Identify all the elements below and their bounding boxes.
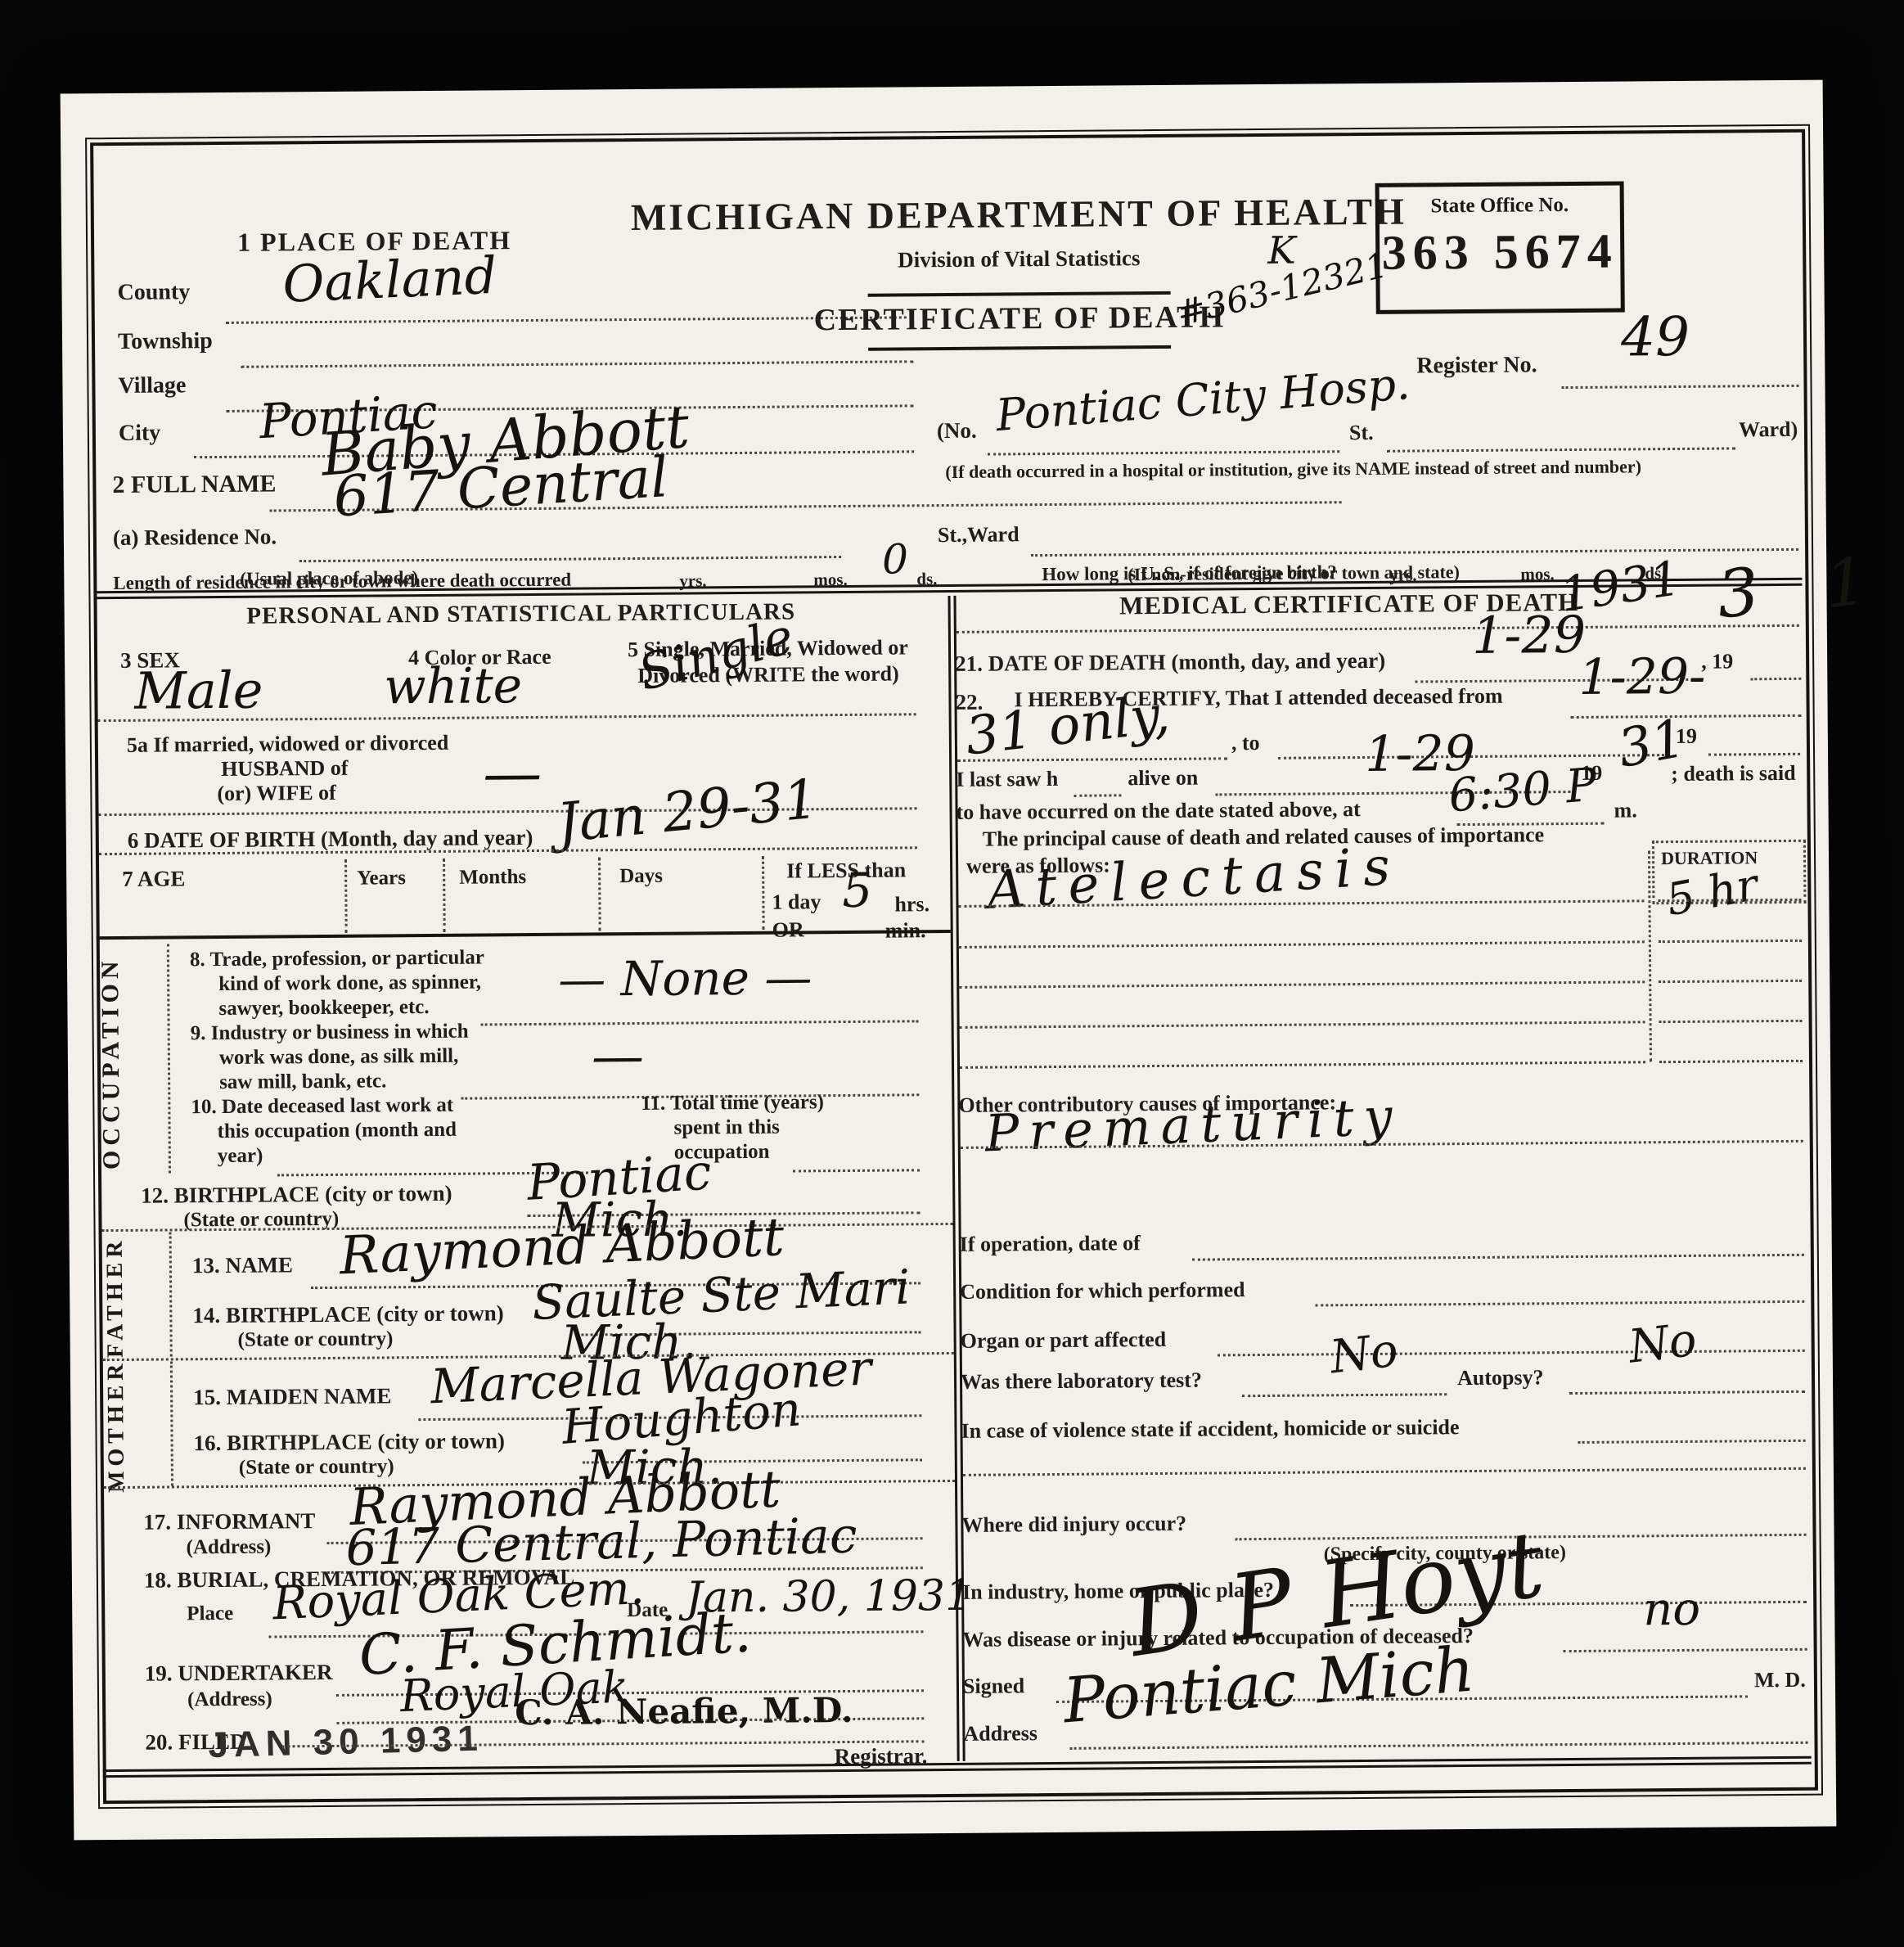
scanned-death-certificate: 1 PLACE OF DEATH County Oakland Township…: [0, 0, 1904, 1947]
check-annotation: K: [1267, 232, 1296, 269]
register-label: Register No.: [1416, 352, 1537, 379]
age-label: 7 AGE: [122, 866, 186, 892]
state-office-number: 363 5674: [1380, 223, 1621, 282]
father-birthplace-sub: (State or country): [238, 1327, 394, 1351]
father-name-label: 13. NAME: [192, 1252, 293, 1278]
occurred-value: 6:30 P: [1447, 763, 1599, 820]
undertaker-address-label: (Address): [187, 1688, 272, 1712]
autopsy-label: Autopsy?: [1457, 1365, 1544, 1390]
race-value: white: [384, 661, 522, 711]
ds-value: 0: [882, 539, 908, 579]
age-months-label: Months: [459, 866, 526, 890]
registrar-signature: C. A. Neafie, M.D.: [515, 1690, 853, 1733]
signed-label: Signed: [963, 1674, 1024, 1699]
address-label: Address: [963, 1721, 1038, 1746]
organ-label: Organ or part affected: [961, 1327, 1167, 1354]
undertaker-label: 19. UNDERTAKER: [145, 1660, 333, 1687]
violence-label: In case of violence state if accident, h…: [961, 1415, 1459, 1444]
father-side-label: FATHER: [102, 1236, 129, 1359]
lastsaw-label-2: alive on: [1128, 766, 1198, 791]
county-value: Oakland: [281, 250, 497, 310]
spouse-value: —: [483, 743, 542, 803]
lastwork-label-2: this occupation (month and: [218, 1119, 457, 1143]
trade-label-1: 8. Trade, profession, or particular: [190, 946, 484, 971]
lab-test-label: Was there laboratory test?: [961, 1368, 1202, 1395]
certify-to-label: , to: [1231, 731, 1260, 755]
st-label: St.: [1349, 421, 1374, 445]
age-1day-label: 1 day: [772, 890, 821, 914]
dotted-line: [1074, 794, 1121, 796]
dotted-line: [1750, 678, 1801, 680]
age-hrs-value: 5: [842, 867, 872, 914]
certificate-title: CERTIFICATE OF DEATH: [569, 297, 1470, 340]
father-birthplace-label: 14. BIRTHPLACE (city or town): [192, 1300, 504, 1328]
dod-label: 21. DATE OF DEATH (month, day, and year): [955, 648, 1385, 677]
village-label: Village: [118, 372, 186, 399]
death-said-label: ; death is said: [1671, 761, 1796, 786]
trade-label-3: sawyer, bookkeeper, etc.: [218, 996, 429, 1021]
industry-value: —: [592, 1030, 645, 1084]
industry-label-1: 9. Industry or business in which: [191, 1021, 469, 1046]
occurred-label: to have occurred on the date stated abov…: [956, 797, 1360, 825]
lastwork-label-1: 10. Date deceased last work at: [191, 1094, 453, 1120]
department-title: MICHIGAN DEPARTMENT OF HEALTH: [569, 189, 1469, 240]
full-name-label: 2 FULL NAME: [112, 470, 276, 499]
mother-birthplace-label: 16. BIRTHPLACE (city or town): [193, 1428, 505, 1456]
age-hrs-label: hrs.: [894, 892, 929, 917]
state-office-box: State Office No. 363 5674: [1375, 181, 1625, 313]
dod-19-label: , 19: [1701, 649, 1733, 674]
dod-value: 1-29: [1472, 610, 1587, 661]
lastsaw-label-1: I last saw h: [956, 767, 1058, 792]
lab-test-value: No: [1328, 1328, 1400, 1381]
register-value: 49: [1621, 310, 1690, 365]
informant-address-label: (Address): [187, 1536, 272, 1560]
informant-label: 17. INFORMANT: [143, 1508, 315, 1535]
certify-from-value: 1-29-: [1578, 652, 1706, 702]
county-label: County: [117, 279, 190, 306]
totaltime-label-2: spent in this: [673, 1116, 779, 1140]
totaltime-label-1: 11. Total time (years): [641, 1091, 824, 1115]
married-label: 5a If married, widowed or divorced: [127, 731, 449, 758]
occupation-side-label: OCCUPATION: [97, 949, 126, 1178]
operation-label: If operation, date of: [960, 1231, 1141, 1257]
wife-label: (or) WIFE of: [217, 781, 336, 806]
condition-label: Condition for which performed: [960, 1278, 1245, 1305]
injury-where-label: Where did injury occur?: [961, 1512, 1186, 1538]
occurred-m-label: m.: [1614, 798, 1636, 823]
industry-label-3: saw mill, bank, etc.: [219, 1070, 386, 1094]
husband-label: HUSBAND of: [221, 756, 349, 782]
state-office-label: State Office No.: [1380, 194, 1620, 219]
mother-side-label: MOTHER: [103, 1370, 130, 1493]
age-years-label: Years: [357, 867, 406, 890]
certificate-paper: 1 PLACE OF DEATH County Oakland Township…: [61, 80, 1837, 1841]
lastwork-label-3: year): [218, 1145, 263, 1168]
birthplace-label: 12. BIRTHPLACE (city or town): [141, 1181, 452, 1209]
township-label: Township: [118, 328, 213, 355]
residence-label: (a) Residence No.: [113, 524, 277, 551]
city-label: City: [119, 421, 161, 447]
hospital-no-label: (No.: [937, 418, 977, 444]
industry-label-2: work was done, as silk mill,: [219, 1045, 459, 1070]
trade-value: — None —: [558, 953, 812, 1003]
occupation-related-value: no: [1643, 1587, 1700, 1634]
md-label: M. D.: [1754, 1668, 1806, 1692]
autopsy-value: No: [1627, 1318, 1699, 1371]
ward-label: Ward): [1739, 417, 1798, 443]
trade-label-2: kind of work done, as spinner,: [218, 971, 481, 996]
maiden-label: 15. MAIDEN NAME: [193, 1383, 391, 1410]
burial-place-label: Place: [187, 1602, 233, 1625]
age-days-label: Days: [619, 865, 663, 888]
st-ward-label: St.,Ward: [938, 522, 1020, 548]
sex-value: Male: [134, 665, 263, 717]
day-annotation: 3 1: [1714, 547, 1893, 629]
filed-date-stamp: JAN 30 1931: [208, 1719, 484, 1766]
